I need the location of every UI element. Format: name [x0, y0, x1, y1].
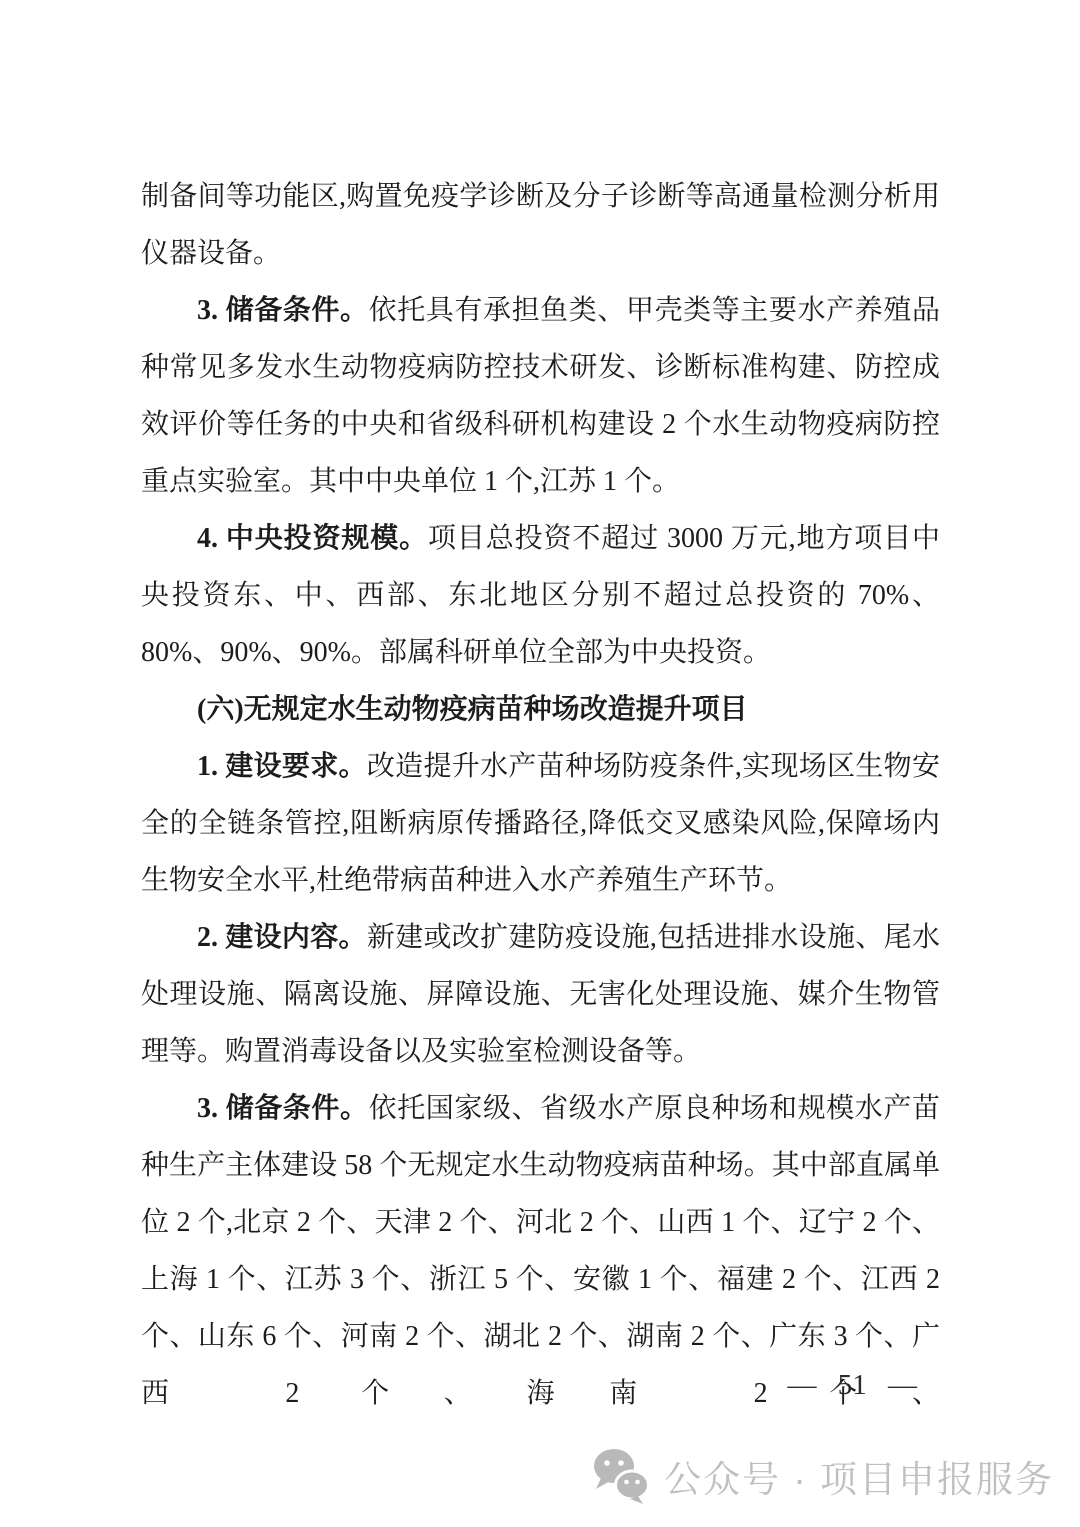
watermark: 公众号 · 项目申报服务 [592, 1447, 1054, 1505]
paragraph-text: 制备间等功能区,购置免疫学诊断及分子诊断等高通量检测分析用仪器设备。 [141, 181, 940, 269]
paragraph-continuation: 制备间等功能区,购置免疫学诊断及分子诊断等高通量检测分析用仪器设备。 [141, 168, 940, 282]
paragraph-construction-requirements: 1. 建设要求。改造提升水产苗种场防疫条件,实现场区生物安全的全链条管控,阻断病… [141, 738, 940, 909]
paragraph-label: 3. 储备条件。 [197, 1093, 369, 1124]
section-heading-label: (六)无规定水生动物疫病苗种场改造提升项目 [197, 694, 748, 725]
paragraph-text: 依托国家级、省级水产原良种场和规模水产苗种生产主体建设 58 个无规定水生动物疫… [141, 1093, 940, 1409]
paragraph-label: 1. 建设要求。 [197, 751, 367, 782]
paragraph-reserve-conditions-lab: 3. 储备条件。依托具有承担鱼类、甲壳类等主要水产养殖品种常见多发水生动物疫病防… [141, 282, 940, 510]
watermark-text: 公众号 · 项目申报服务 [664, 1449, 1054, 1503]
paragraph-construction-content: 2. 建设内容。新建或改扩建防疫设施,包括进排水设施、尾水处理设施、隔离设施、屏… [141, 909, 940, 1080]
paragraph-central-investment-scale: 4. 中央投资规模。项目总投资不超过 3000 万元,地方项目中央投资东、中、西… [141, 510, 940, 681]
wechat-icon [592, 1447, 650, 1505]
document-body: 制备间等功能区,购置免疫学诊断及分子诊断等高通量检测分析用仪器设备。 3. 储备… [141, 168, 940, 1422]
paragraph-label: 2. 建设内容。 [197, 922, 367, 953]
section-heading-six: (六)无规定水生动物疫病苗种场改造提升项目 [141, 681, 940, 738]
page-number: — 51 — [788, 1369, 918, 1402]
document-page: 制备间等功能区,购置免疫学诊断及分子诊断等高通量检测分析用仪器设备。 3. 储备… [0, 0, 1080, 1527]
paragraph-label: 4. 中央投资规模。 [197, 523, 428, 554]
paragraph-label: 3. 储备条件。 [197, 295, 369, 326]
